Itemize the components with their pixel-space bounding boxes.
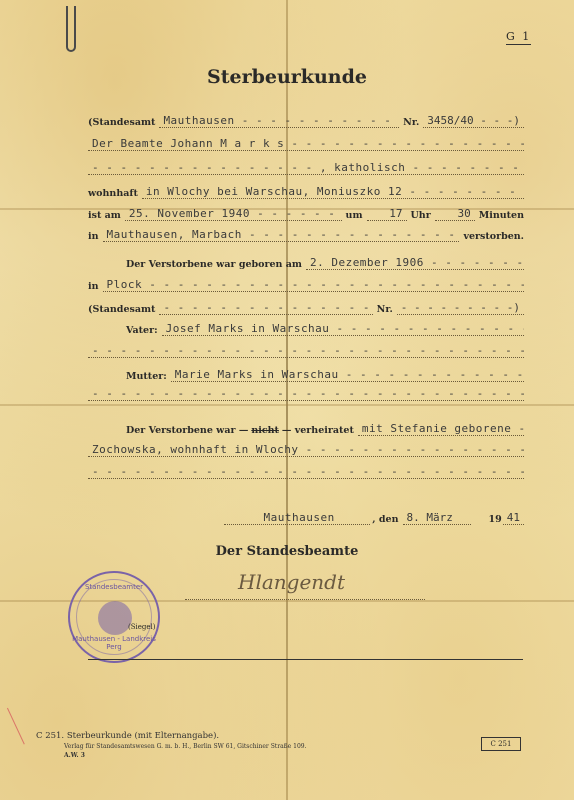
birth-nr-label: Nr. (377, 304, 393, 315)
year-suffix: 41 (503, 511, 524, 525)
birth-date-label: Der Verstorbene war geboren am (126, 259, 302, 270)
form-number-box: C 251 (481, 737, 521, 751)
marital-value: mit Stefanie geborene - - (358, 422, 524, 436)
birth-registry-row: (Standesamt - - - - - - - - - - - - - - … (88, 299, 524, 315)
birth-date-value: 2. Dezember 1906 - - - - - - - - (306, 256, 524, 270)
official-row: Der Beamte Johann M a r k s - - - - - - … (88, 135, 524, 151)
religion-row: - - - - - - - - - - - - - - - - , kathol… (88, 159, 524, 175)
mother-row: Mutter: Marie Marks in Warschau - - - - … (126, 366, 524, 382)
horizontal-fold-crease (0, 404, 574, 406)
marital-label-post: — verheiratet (282, 425, 354, 436)
issue-date: 8. März (403, 511, 471, 525)
death-date-label: ist am (88, 210, 121, 221)
father-cont-row: - - - - - - - - - - - - - - - - - - - - … (88, 342, 524, 358)
mother-cont-value: - - - - - - - - - - - - - - - - - - - - … (88, 387, 524, 401)
seal-bottom-text: Mauthausen - Landkreis Perg (70, 635, 158, 651)
year-prefix: 19 (489, 514, 502, 525)
seal-emblem-icon (98, 601, 132, 635)
death-date-row: ist am 25. November 1940 - - - - - - - -… (88, 205, 524, 221)
death-date-value: 25. November 1940 - - - - - - - - (125, 207, 342, 221)
spouse-row: Zochowska, wohnhaft in Wlochy - - - - - … (88, 441, 524, 457)
document-title: Sterbeurkunde (0, 66, 574, 88)
signature: Hlangendt (238, 570, 345, 594)
official-seal-stamp: Standesbeamter (Siegel) Mauthausen - Lan… (68, 571, 160, 663)
uhr-label: Uhr (411, 210, 431, 221)
footer-publisher: Verlag für Standesamtswesen G. m. b. H.,… (64, 743, 307, 750)
footer-form-name: C 251. Sterbeurkunde (mit Elternangabe). (36, 731, 307, 741)
death-place-row: in Mauthausen, Marbach - - - - - - - - -… (88, 226, 524, 242)
minuten-label: Minuten (479, 210, 524, 221)
official-value: Der Beamte Johann M a r k s - - - - - - … (88, 137, 524, 151)
spouse-value: Zochowska, wohnhaft in Wlochy - - - - - … (88, 443, 524, 457)
mother-label: Mutter: (126, 371, 167, 382)
marital-label-struck: nicht (251, 425, 279, 436)
birth-place-value: Plock - - - - - - - - - - - - - - - - - … (103, 278, 524, 292)
marital-label-pre: Der Verstorbene war — (126, 425, 248, 436)
death-place-value: Mauthausen, Marbach - - - - - - - - - - … (103, 228, 460, 242)
birth-place-label: in (88, 281, 99, 292)
um-label: um (346, 210, 363, 221)
death-certificate-page: G 1 Sterbeurkunde (Standesamt Mauthausen… (0, 0, 574, 800)
nr-value: 3458/40 - - -) (423, 114, 524, 128)
father-cont-value: - - - - - - - - - - - - - - - - - - - - … (88, 344, 524, 358)
spouse-cont-value: - - - - - - - - - - - - - - - - - - - - … (88, 465, 524, 479)
form-code: G 1 (506, 30, 531, 45)
registry-office-row: (Standesamt Mauthausen - - - - - - - - -… (88, 112, 524, 128)
birth-date-row: Der Verstorbene war geboren am 2. Dezemb… (126, 254, 524, 270)
death-hour: 17 (367, 207, 407, 221)
paperclip-icon (66, 6, 76, 52)
issue-row: Mauthausen , den 8. März 19 41 (224, 509, 524, 525)
birth-registry-label: (Standesamt (88, 304, 155, 315)
birth-place-row: in Plock - - - - - - - - - - - - - - - -… (88, 276, 524, 292)
marital-row: Der Verstorbene war — nicht — verheirate… (126, 420, 524, 436)
residence-value: in Wlochy bei Warschau, Moniuszko 12 - -… (142, 185, 524, 199)
verstorben-label: verstorben. (463, 231, 524, 242)
publisher-footer: C 251. Sterbeurkunde (mit Elternangabe).… (36, 731, 307, 759)
birth-registry-value: - - - - - - - - - - - - - - - - - - - - … (159, 301, 372, 315)
death-minute: 30 (435, 207, 475, 221)
signature-line (185, 599, 425, 600)
father-label: Vater: (126, 325, 158, 336)
father-value: Josef Marks in Warschau - - - - - - - - … (162, 322, 524, 336)
den-label: , den (372, 514, 398, 525)
nr-label: Nr. (403, 117, 419, 128)
death-place-label: in (88, 231, 99, 242)
mother-value: Marie Marks in Warschau - - - - - - - - … (171, 368, 524, 382)
religion-value: - - - - - - - - - - - - - - - - , kathol… (88, 161, 524, 175)
birth-nr-value: - - - - - - - - -) (397, 301, 524, 315)
residence-label: wohnhaft (88, 188, 138, 199)
father-row: Vater: Josef Marks in Warschau - - - - -… (126, 320, 524, 336)
footer-code: A.W. 3 (64, 752, 307, 759)
registry-office-label: (Standesamt (88, 117, 155, 128)
residence-row: wohnhaft in Wlochy bei Warschau, Moniusz… (88, 183, 524, 199)
mother-cont-row: - - - - - - - - - - - - - - - - - - - - … (88, 385, 524, 401)
spouse-cont-row: - - - - - - - - - - - - - - - - - - - - … (88, 463, 524, 479)
bottom-rule (88, 659, 523, 660)
seal-label: (Siegel) (128, 623, 156, 631)
registry-office-value: Mauthausen - - - - - - - - - - - - - - (159, 114, 399, 128)
signature-title: Der Standesbeamte (0, 544, 574, 559)
issue-place: Mauthausen (224, 511, 370, 525)
seal-top-text: Standesbeamter (70, 583, 158, 591)
